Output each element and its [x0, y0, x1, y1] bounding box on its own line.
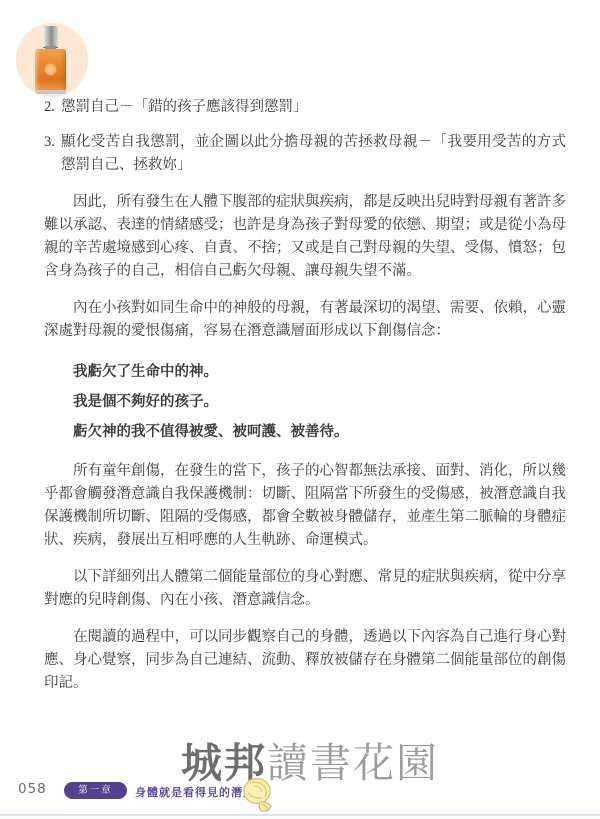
belief-line: 虧欠神的我不值得被愛、被呵護、被善待。: [73, 421, 566, 444]
page-bottom-rule: [0, 814, 600, 816]
list-text: 顯化受苦自我懲罰，並企圖以此分擔母親的苦拯救母親－「我要用受苦的方式懲罰自己、拯…: [61, 131, 566, 177]
watermark-brand-light: 讀書花園: [267, 740, 439, 786]
body-paragraph: 因此，所有發生在人體下腹部的症狀與疾病，都是反映出兒時對母親有著許多難以承認、表…: [44, 191, 566, 283]
page-body-text: 2. 懲罰自己－「錯的孩子應該得到懲罰」 3. 顯化受苦自我懲罰，並企圖以此分擔…: [44, 96, 566, 695]
numbered-list-item: 2. 懲罰自己－「錯的孩子應該得到懲罰」: [44, 96, 566, 119]
belief-line: 我是個不夠好的孩子。: [73, 391, 566, 414]
numbered-list-item: 3. 顯化受苦自我懲罰，並企圖以此分擔母親的苦拯救母親－「我要用受苦的方式懲罰自…: [44, 131, 566, 177]
body-paragraph: 以下詳細列出人體第二個能量部位的身心對應、常見的症狀與疾病，從中分享對應的兒時創…: [44, 566, 566, 612]
list-number: 3.: [44, 131, 61, 177]
perfume-bottle-icon: [16, 23, 88, 97]
publisher-watermark: 城邦讀書花園: [181, 743, 439, 784]
perfume-bottle-photo: [16, 23, 88, 97]
list-text: 懲罰自己－「錯的孩子應該得到懲罰」: [61, 96, 566, 119]
body-paragraph: 內在小孩對如同生命中的神般的母親，有著最深切的渴望、需要、依賴，心靈深處對母親的…: [44, 297, 566, 343]
belief-statements: 我虧欠了生命中的神。 我是個不夠好的孩子。 虧欠神的我不值得被愛、被呵護、被善待…: [44, 361, 566, 444]
body-paragraph: 在閱讀的過程中，可以同步觀察自己的身體，透過以下內容為自己進行身心對應、身心覺察…: [44, 626, 566, 695]
list-number: 2.: [44, 96, 61, 119]
page-number: 058: [18, 781, 47, 797]
body-paragraph: 所有童年創傷，在發生的當下，孩子的心智都無法承接、面對、消化，所以幾乎都會觸發潛…: [44, 460, 566, 552]
flower-icon: [242, 777, 278, 815]
belief-line: 我虧欠了生命中的神。: [73, 361, 566, 384]
chapter-badge: 第一章: [64, 782, 127, 799]
